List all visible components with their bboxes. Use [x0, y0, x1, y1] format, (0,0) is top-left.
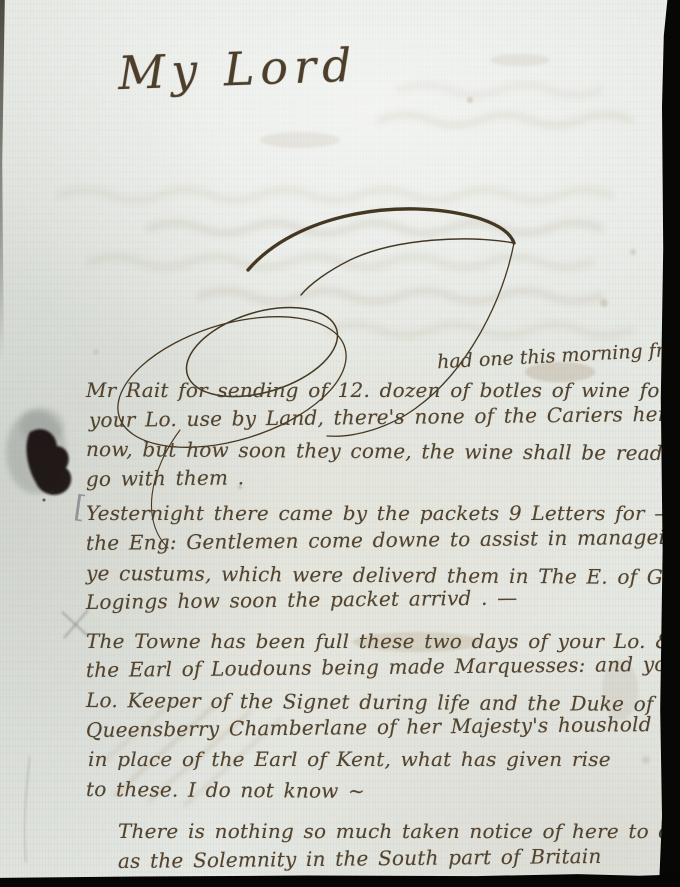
letter-body: Mr Rait for sending of 12. dozen of botl…: [86, 378, 646, 879]
letter-line: to these. I do not know ~: [86, 777, 646, 811]
letter-line: Logings how soon the packet arrivd . —: [86, 584, 646, 619]
letter-line: Queensberry Chamberlane of her Majesty's…: [86, 712, 646, 747]
paragraph: Yesternight there came by the packets 9 …: [86, 501, 646, 619]
letter-line: the Earl of Loudouns being made Marquess…: [86, 652, 646, 687]
paragraph: There is nothing so much taken notice of…: [86, 819, 646, 878]
letter-line: the Eng: Gentlemen come downe to assist …: [86, 525, 646, 560]
letter-line: your Lo. use by Land, there's none of th…: [89, 402, 646, 437]
manuscript-scan: My Lord had one this morning from ~ [ Mr…: [0, 0, 680, 887]
letter-line: go with them .: [86, 461, 646, 496]
letter-line: in place of the Earl of Kent, what has g…: [88, 747, 646, 777]
paragraph: Mr Rait for sending of 12. dozen of botl…: [86, 378, 646, 496]
salutation: My Lord: [117, 38, 358, 100]
paragraph: The Towne has been full these two days o…: [86, 629, 646, 807]
letter-line: as the Solemnity in the South part of Br…: [118, 843, 646, 878]
